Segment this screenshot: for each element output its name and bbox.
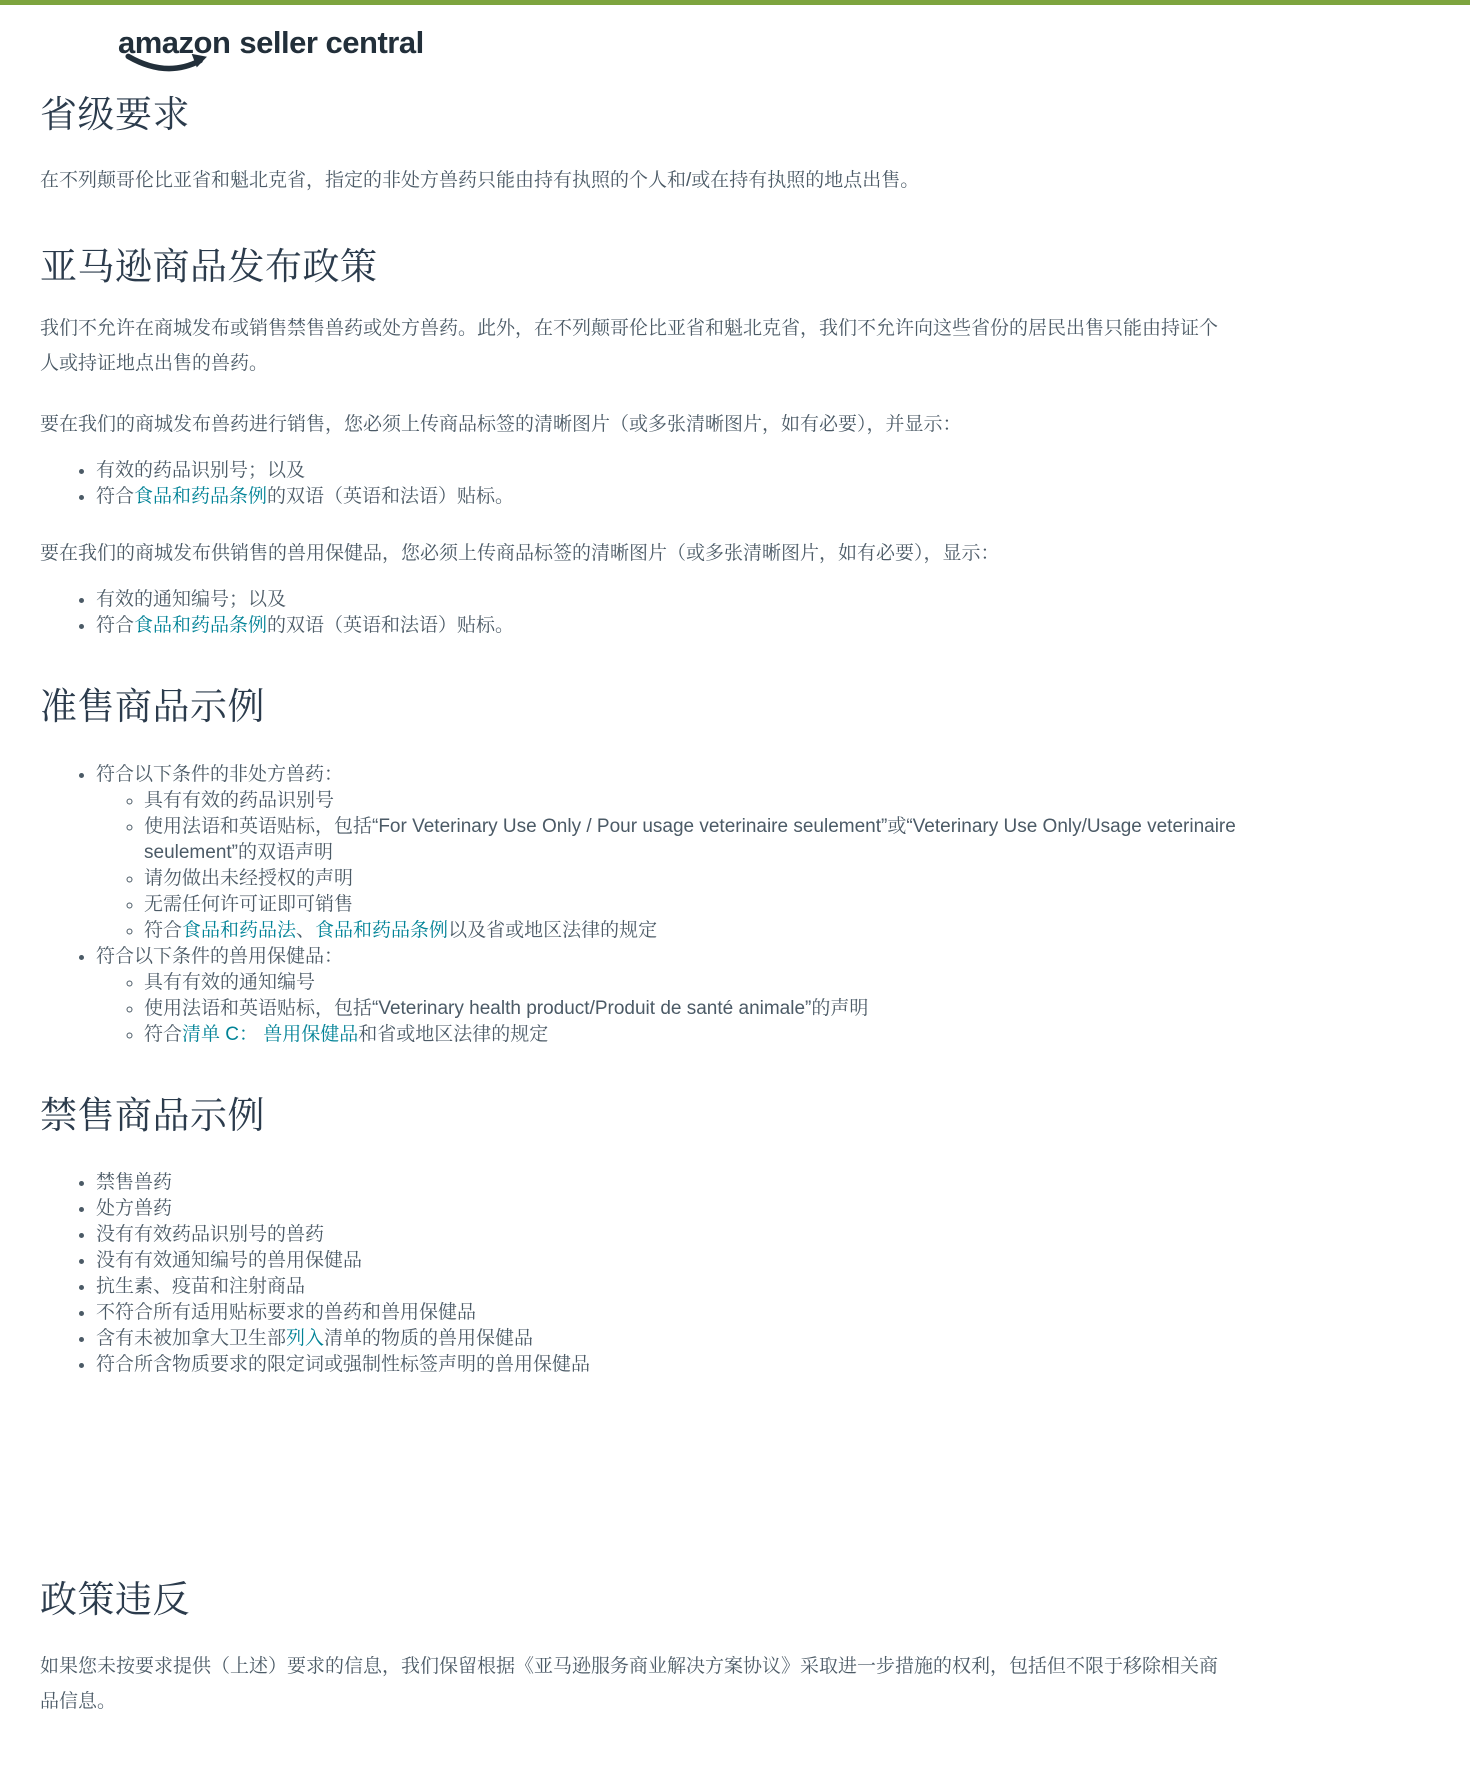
list-item-text: 使用法语和英语贴标，包括“For Veterinary Use Only / P… xyxy=(144,816,1236,863)
list-item: 符合食品和药品法、食品和药品条例以及省或地区法律的规定 xyxy=(144,918,1236,944)
list-item: 使用法语和英语贴标，包括“For Veterinary Use Only / P… xyxy=(144,814,1236,866)
section-title-prohibited-examples: 禁售商品示例 xyxy=(40,1094,1236,1138)
list-item: 具有有效的药品识别号 xyxy=(144,788,1236,814)
list-item-text: 符合 xyxy=(144,1024,182,1045)
drugs-requirements-list: 有效的药品识别号；以及 符合食品和药品条例的双语（英语和法语）贴标。 xyxy=(40,458,1236,510)
top-accent-bar xyxy=(0,0,1470,5)
list-item: 禁售兽药 xyxy=(96,1170,1236,1196)
list-item: 符合清单 C： 兽用保健品和省或地区法律的规定 xyxy=(144,1022,1236,1048)
policy-violations-paragraph: 如果您未按要求提供（上述）要求的信息，我们保留根据《亚马逊服务商业解决方案协议》… xyxy=(40,1649,1236,1719)
food-and-drug-regulations-link[interactable]: 食品和药品条例 xyxy=(315,920,448,941)
amazon-logo-wordmark: amazon xyxy=(118,25,230,61)
list-item: 无需任何许可证即可销售 xyxy=(144,892,1236,918)
list-item: 具有有效的通知编号 xyxy=(144,970,1236,996)
list-item: 不符合所有适用贴标要求的兽药和兽用保健品 xyxy=(96,1300,1236,1326)
list-item: 抗生素、疫苗和注射商品 xyxy=(96,1274,1236,1300)
list-item-text: 符合 xyxy=(96,615,134,636)
list-item-text: 具有有效的通知编号 xyxy=(144,972,315,993)
list-c-vhp-link[interactable]: 清单 C： 兽用保健品 xyxy=(182,1024,358,1045)
seller-central-logo-text: seller central xyxy=(239,25,423,61)
list-item-text: 以及省或地区法律的规定 xyxy=(448,920,657,941)
list-item-text: 符合以下条件的非处方兽药： xyxy=(96,764,343,785)
list-item-text: 没有有效药品识别号的兽药 xyxy=(96,1224,324,1245)
list-item-text: 清单的物质的兽用保健品 xyxy=(324,1328,533,1349)
list-item-text: 使用法语和英语贴标，包括“Veterinary health product/P… xyxy=(144,998,868,1019)
list-item-text: 没有有效通知编号的兽用保健品 xyxy=(96,1250,362,1271)
section-title-permitted-examples: 准售商品示例 xyxy=(40,685,1236,729)
list-item-text: 不符合所有适用贴标要求的兽药和兽用保健品 xyxy=(96,1302,476,1323)
list-item-text: 的双语（英语和法语）贴标。 xyxy=(267,615,514,636)
list-item: 处方兽药 xyxy=(96,1196,1236,1222)
list-item-text: 处方兽药 xyxy=(96,1198,172,1219)
health-canada-listed-link[interactable]: 列入 xyxy=(286,1328,324,1349)
list-item: 请勿做出未经授权的声明 xyxy=(144,866,1236,892)
permitted-vhp-sublist: 具有有效的通知编号 使用法语和英语贴标，包括“Veterinary health… xyxy=(96,970,1236,1048)
list-item-text: 含有未被加拿大卫生部 xyxy=(96,1328,286,1349)
list-item: 符合以下条件的兽用保健品： 具有有效的通知编号 使用法语和英语贴标，包括“Vet… xyxy=(96,944,1236,1048)
list-item-text: 禁售兽药 xyxy=(96,1172,172,1193)
list-item: 没有有效药品识别号的兽药 xyxy=(96,1222,1236,1248)
list-item-text: 符合以下条件的兽用保健品： xyxy=(96,946,343,967)
list-item-text: 具有有效的药品识别号 xyxy=(144,790,334,811)
permitted-examples-list: 符合以下条件的非处方兽药： 具有有效的药品识别号 使用法语和英语贴标，包括“Fo… xyxy=(40,762,1236,1048)
amazon-smile-icon xyxy=(122,53,214,75)
list-item: 有效的药品识别号；以及 xyxy=(96,458,1236,484)
amazon-seller-central-logo[interactable]: amazon seller central xyxy=(118,25,424,61)
list-item: 符合所含物质要求的限定词或强制性标签声明的兽用保健品 xyxy=(96,1352,1236,1378)
drugs-requirements-lead-paragraph: 要在我们的商城发布兽药进行销售，您必须上传商品标签的清晰图片（或多张清晰图片，如… xyxy=(40,407,1236,442)
list-item-text: 有效的药品识别号；以及 xyxy=(96,460,305,481)
list-item: 符合以下条件的非处方兽药： 具有有效的药品识别号 使用法语和英语贴标，包括“Fo… xyxy=(96,762,1236,944)
list-item-text: 有效的通知编号；以及 xyxy=(96,589,286,610)
list-item: 含有未被加拿大卫生部列入清单的物质的兽用保健品 xyxy=(96,1326,1236,1352)
permitted-drugs-sublist: 具有有效的药品识别号 使用法语和英语贴标，包括“For Veterinary U… xyxy=(96,788,1236,944)
food-and-drug-regulations-link[interactable]: 食品和药品条例 xyxy=(134,615,267,636)
list-item: 符合食品和药品条例的双语（英语和法语）贴标。 xyxy=(96,613,1236,639)
food-and-drugs-act-link[interactable]: 食品和药品法 xyxy=(182,920,296,941)
help-article-content: 省级要求 在不列颠哥伦比亚省和魁北克省，指定的非处方兽药只能由持有执照的个人和/… xyxy=(40,93,1236,1719)
list-item-text: 抗生素、疫苗和注射商品 xyxy=(96,1276,305,1297)
section-title-provincial-requirements: 省级要求 xyxy=(40,93,1236,137)
list-item-text: 和省或地区法律的规定 xyxy=(358,1024,548,1045)
food-and-drug-regulations-link[interactable]: 食品和药品条例 xyxy=(134,486,267,507)
list-item-text: 符合 xyxy=(96,486,134,507)
list-item: 符合食品和药品条例的双语（英语和法语）贴标。 xyxy=(96,484,1236,510)
vhp-requirements-lead-paragraph: 要在我们的商城发布供销售的兽用保健品，您必须上传商品标签的清晰图片（或多张清晰图… xyxy=(40,536,1236,571)
list-item-text: 、 xyxy=(296,920,315,941)
listing-policy-intro-paragraph: 我们不允许在商城发布或销售禁售兽药或处方兽药。此外，在不列颠哥伦比亚省和魁北克省… xyxy=(40,311,1236,381)
list-item-text: 符合所含物质要求的限定词或强制性标签声明的兽用保健品 xyxy=(96,1354,590,1375)
list-item: 有效的通知编号；以及 xyxy=(96,587,1236,613)
list-item-text: 无需任何许可证即可销售 xyxy=(144,894,353,915)
section-title-policy-violations: 政策违反 xyxy=(40,1578,1236,1622)
prohibited-examples-list: 禁售兽药 处方兽药 没有有效药品识别号的兽药 没有有效通知编号的兽用保健品 抗生… xyxy=(40,1170,1236,1378)
section-title-listing-policy: 亚马逊商品发布政策 xyxy=(40,245,1236,289)
list-item-text: 的双语（英语和法语）贴标。 xyxy=(267,486,514,507)
list-item-text: 请勿做出未经授权的声明 xyxy=(144,868,353,889)
vhp-requirements-list: 有效的通知编号；以及 符合食品和药品条例的双语（英语和法语）贴标。 xyxy=(40,587,1236,639)
list-item: 使用法语和英语贴标，包括“Veterinary health product/P… xyxy=(144,996,1236,1022)
list-item-text: 符合 xyxy=(144,920,182,941)
list-item: 没有有效通知编号的兽用保健品 xyxy=(96,1248,1236,1274)
provincial-requirements-paragraph: 在不列颠哥伦比亚省和魁北克省，指定的非处方兽药只能由持有执照的个人和/或在持有执… xyxy=(40,163,1236,198)
